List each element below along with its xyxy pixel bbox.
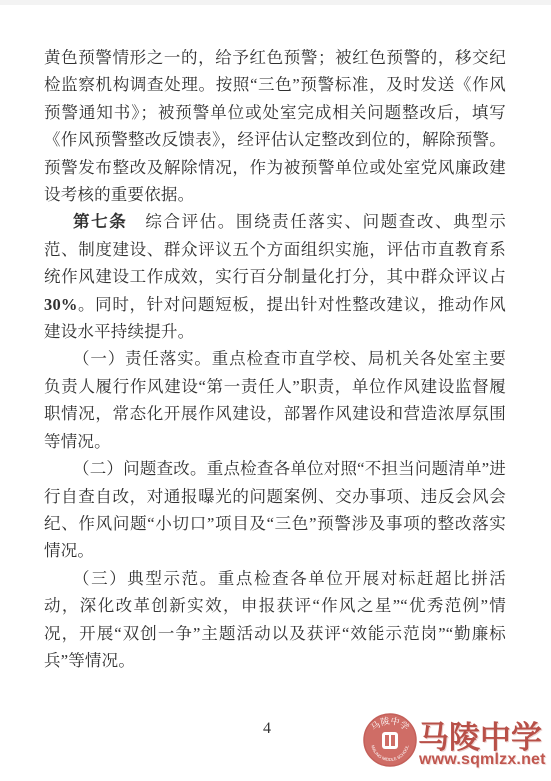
- text-segment: （三）典型示范。重点检查各单位开展对标赶超比拼活动，深化改革创新实效，申报获评“…: [44, 569, 506, 670]
- text-segment: （二）问题查改。重点检查各单位对照“不担当问题清单”进行自查自改，对通报曝光的问…: [44, 459, 506, 560]
- document-body: 黄色预警情形之一的，给予红色预警；被红色预警的，移交纪检监察机构调查处理。按照“…: [44, 44, 506, 674]
- seal-bottom-arc-text: MALING MIDDLE SCHOOL: [370, 744, 410, 762]
- text-segment: （一）责任落实。重点检查市直学校、局机关各处室主要负责人履行作风建设“第一责任人…: [44, 349, 506, 450]
- text-segment: 第七条: [73, 212, 127, 231]
- paragraph: （二）问题查改。重点检查各单位对照“不担当问题清单”进行自查自改，对通报曝光的问…: [44, 455, 506, 565]
- paragraph: （一）责任落实。重点检查市直学校、局机关各处室主要负责人履行作风建设“第一责任人…: [44, 345, 506, 455]
- text-segment: 。同时，针对问题短板，提出针对性整改建议，推动作风建设水平持续提升。: [44, 295, 506, 341]
- paragraph: 黄色预警情形之一的，给予红色预警；被红色预警的，移交纪检监察机构调查处理。按照“…: [44, 44, 506, 208]
- school-url: www.sqmlzx.net: [419, 751, 549, 769]
- paragraph: （三）典型示范。重点检查各单位开展对标赶超比拼活动，深化改革创新实效，申报获评“…: [44, 565, 506, 675]
- text-segment: 黄色预警情形之一的，给予红色预警；被红色预警的，移交纪检监察机构调查处理。按照“…: [44, 48, 506, 204]
- scan-edge-strip: [0, 0, 551, 5]
- paragraph: 第七条 综合评估。围绕责任落实、问题查改、典型示范、制度建设、群众评议五个方面组…: [44, 208, 506, 345]
- page-number: 4: [0, 720, 534, 738]
- text-segment: 30%: [44, 295, 78, 314]
